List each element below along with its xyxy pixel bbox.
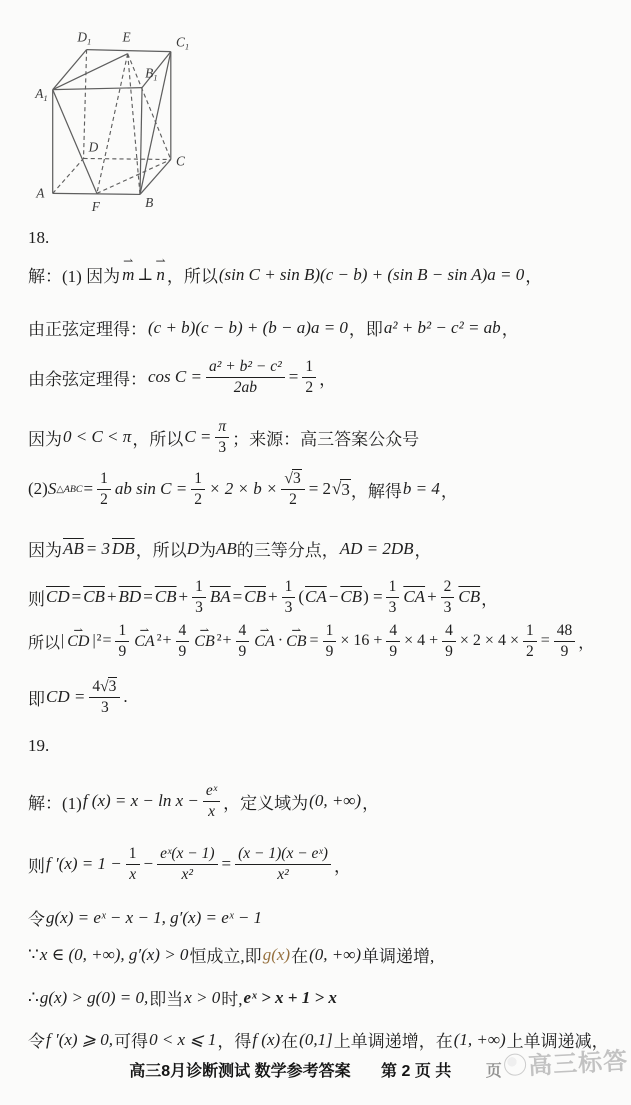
math-expression: x ∈ (0, +∞), g′(x) > 0 [40, 945, 189, 965]
fraction: (x − 1)(x − eˣ) x² [235, 845, 331, 884]
equals-sign: = [541, 632, 550, 650]
text: ，得 [217, 1027, 251, 1052]
numerator: 4 [236, 622, 250, 642]
equals-sign: = [310, 632, 319, 650]
squared-exponent: ² [157, 632, 162, 650]
segment-AB-bar: AB [63, 539, 84, 559]
denominator: 2 [302, 378, 316, 397]
text: 因为 [28, 425, 62, 450]
math-expression: = 3 [86, 539, 110, 559]
denominator: 3 [192, 598, 206, 617]
equals-sign: = [84, 479, 94, 499]
math-expression: g(x) > g(0) = 0, [40, 988, 148, 1008]
q19-step-5: ∴ g(x) > g(0) = 0, 即当 x > 0 时, eˣ > x + … [28, 985, 338, 1010]
text: 上单调递增，在 [334, 1027, 453, 1052]
numerator: √3 [281, 470, 304, 490]
text: (2) [28, 479, 48, 499]
fraction: 4 9 [386, 622, 400, 661]
fraction: 2 3 [441, 578, 455, 617]
numerator: 4√3 [89, 678, 120, 698]
numerator: 4 [442, 622, 456, 642]
operator: − [329, 587, 339, 607]
exam-answer-page: A1 B1 C1 D1 A B C D E F 18. 解：(1) 因为 m ⊥… [0, 0, 631, 1105]
text: 则 [28, 852, 45, 877]
question-number-text: 18. [28, 228, 49, 248]
text: ；来源：高三答案公众号 [232, 425, 419, 450]
text: ，即 [349, 315, 383, 340]
math-expression: x > 0 [184, 988, 220, 1008]
watermark: 高三标答 [503, 1041, 629, 1082]
operator: + [223, 632, 232, 650]
numerator: 1 [386, 578, 400, 598]
watermark-text: 高三标答 [527, 1041, 629, 1081]
text: 即 [28, 685, 45, 710]
vertex-label-A: A [35, 186, 45, 201]
vertex-label-F: F [91, 199, 101, 214]
math-expression: × 16 + [340, 632, 382, 650]
text: ，所以 [167, 262, 218, 287]
perpendicular-symbol: ⊥ [137, 265, 153, 285]
text: 由余弦定理得： [28, 365, 147, 390]
squared-exponent: ² [97, 632, 102, 650]
vector-n: n [154, 264, 167, 285]
fraction: 1 2 [97, 470, 111, 509]
radicand: 3 [292, 469, 302, 487]
text: 解：(1) 因为 [28, 262, 120, 287]
vertex-label-B1: B1 [145, 65, 158, 82]
text: ， [502, 315, 519, 340]
operator: + [162, 632, 171, 650]
denominator: 9 [323, 642, 337, 661]
text: 单调递增, [362, 942, 434, 967]
fraction: a² + b² − c² 2ab [206, 358, 285, 397]
triangle-subscript: △ABC [56, 484, 82, 495]
math-expression: g(x) = eˣ − x − 1, g′(x) = eˣ − 1 [46, 908, 262, 928]
vector-CD-bar: CD [46, 587, 70, 607]
text: 在 [291, 942, 308, 967]
q18-step-3: 由余弦定理得： cos C = a² + b² − c² 2ab = 1 2 ， [28, 358, 336, 397]
area-symbol: S [48, 479, 57, 499]
denominator: x² [274, 865, 292, 884]
denominator: 9 [115, 642, 129, 661]
text: 时, [221, 985, 242, 1010]
text: ， [578, 630, 594, 653]
fraction: 4 9 [176, 622, 190, 661]
numerator: 48 [554, 622, 576, 642]
q18-step-2: 由正弦定理得： (c + b)(c − b) + (b − a)a = 0 ，即… [28, 315, 519, 340]
text: ，所以 [136, 536, 187, 561]
math-expression: × 2 × b × [209, 479, 277, 499]
operator: + [268, 587, 278, 607]
vector-CA: CA [132, 632, 156, 651]
segment-AB: AB [216, 539, 237, 559]
fraction: 4 9 [236, 622, 250, 661]
denominator: x [205, 802, 218, 821]
numerator: 1 [282, 578, 296, 598]
operator: + [107, 587, 117, 607]
text: ，所以 [132, 425, 183, 450]
fraction: 1 3 [386, 578, 400, 617]
text: ， [481, 585, 498, 610]
math-expression: (0, +∞) [309, 945, 361, 965]
math-expression: 0 < C < π [63, 427, 131, 447]
denominator: x [126, 865, 139, 884]
numerator: 2 [441, 578, 455, 598]
denominator: 9 [386, 642, 400, 661]
math-expression: f ′(x) ⩾ 0, [46, 1030, 113, 1050]
fraction: eˣ x [203, 782, 220, 821]
dot-operator: · [278, 632, 283, 650]
text: 恒成立,即 [189, 942, 261, 967]
equals-sign: = [102, 632, 111, 650]
text: 为 [199, 536, 216, 561]
denominator: 9 [236, 642, 250, 661]
fraction: 1 2 [302, 358, 316, 397]
text: 因为 [28, 536, 62, 561]
math-expression: eˣ > x + 1 > x [244, 988, 337, 1008]
text: ， [441, 477, 458, 502]
math-expression: AD = 2DB [340, 539, 414, 559]
numerator: 1 [191, 470, 205, 490]
operator: = [72, 587, 82, 607]
equals-sign: = [289, 367, 299, 387]
vector-BD-bar: BD [119, 587, 142, 607]
denominator: 3 [98, 698, 112, 717]
vertex-label-D: D [88, 139, 99, 154]
q18-step-4: 因为 0 < C < π ，所以 C = π 3 ；来源：高三答案公众号 [28, 418, 419, 457]
vector-CA: CA [252, 632, 276, 651]
therefore-symbol: ∴ [28, 988, 39, 1008]
operator: + [427, 587, 437, 607]
fraction: 1 3 [192, 578, 206, 617]
fraction: 1 2 [191, 470, 205, 509]
q18-step-1: 解：(1) 因为 m ⊥ n ，所以 (sin C + sin B)(c − b… [28, 262, 542, 287]
q19-step-3: 令 g(x) = eˣ − x − 1, g′(x) = eˣ − 1 [28, 905, 263, 930]
math-expression: ab sin C = [115, 479, 187, 499]
fraction: 1 3 [282, 578, 296, 617]
text: ， [362, 789, 379, 814]
text: 所以 [28, 630, 60, 653]
vector-CB-bar: CB [458, 587, 480, 607]
numerator: π [215, 418, 229, 438]
denominator: 3 [215, 438, 229, 457]
math-expression: cos C = [148, 367, 202, 387]
text: ， [319, 365, 336, 390]
denominator: 3 [386, 598, 400, 617]
question-number-text: 19. [28, 736, 49, 756]
fraction: eˣ(x − 1) x² [157, 845, 217, 884]
math-expression: (1, +∞) [454, 1030, 506, 1050]
math-expression: (sin C + sin B)(c − b) + (sin B − sin A)… [219, 265, 524, 285]
math-expression: f ′(x) = 1 − [46, 854, 122, 874]
math-expression: f (x) = x − ln x − [83, 791, 199, 811]
numerator: 1 [302, 358, 316, 378]
segment-DB-bar: DB [112, 539, 135, 559]
footer-page-indicator: 第 2 页 共 [381, 1063, 451, 1080]
radicand: 3 [340, 479, 351, 500]
fraction: 48 9 [554, 622, 576, 661]
text: 则 [28, 585, 45, 610]
vector-CB-bar: CB [155, 587, 177, 607]
q18-step-6: 因为 AB = 3 DB ，所以 D 为 AB 的三等分点， AD = 2DB … [28, 536, 432, 561]
q19-step-2: 则 f ′(x) = 1 − 1 x − eˣ(x − 1) x² = (x −… [28, 845, 351, 884]
math-expression: f (x) [252, 1030, 280, 1050]
denominator: 9 [442, 642, 456, 661]
math-expression: b = 4 [403, 479, 440, 499]
fraction: 1 9 [323, 622, 337, 661]
text: ， [334, 852, 351, 877]
q18-step-5: (2) S△ABC = 1 2 ab sin C = 1 2 × 2 × b ×… [28, 470, 458, 509]
fraction: 1 2 [523, 622, 537, 661]
q18-step-9: 即 CD = 4√3 3 . [28, 678, 128, 717]
text: 令 [28, 1027, 45, 1052]
numerator: 1 [126, 845, 140, 865]
squared-exponent: ² [217, 632, 222, 650]
numerator: 1 [97, 470, 111, 490]
footer-title: 高三8月诊断测试 数学参考答案 [129, 1063, 350, 1080]
period: . [123, 687, 127, 707]
math-expression: (0,1] [299, 1030, 333, 1050]
q18-step-7: 则 CD = CB + BD = CB + 1 3 BA = CB + 1 3 … [28, 578, 498, 617]
fraction-4sqrt3-over-3: 4√3 3 [89, 678, 120, 717]
operator: + [179, 587, 189, 607]
numerator: eˣ(x − 1) [157, 845, 217, 865]
numerator: 1 [192, 578, 206, 598]
denominator: 2 [97, 490, 111, 509]
vertex-label-C: C [176, 154, 186, 169]
text: ， [415, 536, 432, 561]
text: ，解得 [351, 477, 402, 502]
vector-CB-bar: CB [340, 587, 362, 607]
numerator: eˣ [203, 782, 220, 802]
vector-BA-bar: BA [210, 587, 231, 607]
text: ， [525, 262, 542, 287]
q19-step-1: 解：(1) f (x) = x − ln x − eˣ x ，定义域为 (0, … [28, 782, 379, 821]
fraction: 1 x [126, 845, 140, 884]
fraction: π 3 [215, 418, 229, 457]
vector-CB-bar: CB [83, 587, 105, 607]
footer-page-tail: 页 [486, 1063, 502, 1080]
vector-m: m [120, 264, 136, 285]
denominator: 9 [558, 642, 572, 661]
vertex-label-A1: A1 [34, 86, 48, 103]
coefficient: 4 [92, 678, 100, 695]
cube-figure: A1 B1 C1 D1 A B C D E F [30, 26, 250, 216]
close-paren: ) = [363, 587, 383, 607]
radicand: 3 [108, 677, 118, 695]
operator: = [143, 587, 153, 607]
open-paren: ( [298, 587, 304, 607]
math-expression: = 2 [309, 479, 331, 499]
numerator: 4 [176, 622, 190, 642]
denominator: 3 [282, 598, 296, 617]
text: 令 [28, 905, 45, 930]
fraction-sqrt3-over-2: √3 2 [281, 470, 304, 509]
denominator: 2 [191, 490, 205, 509]
text: 即当 [149, 985, 183, 1010]
text: 由正弦定理得： [28, 315, 147, 340]
equals-sign: = [222, 854, 232, 874]
vector-CA-bar: CA [403, 587, 425, 607]
point-D: D [187, 539, 199, 559]
numerator: 4 [386, 622, 400, 642]
math-expression: (c + b)(c − b) + (b − a)a = 0 [148, 318, 348, 338]
watermark-logo-icon [504, 1053, 527, 1076]
numerator: 1 [115, 622, 129, 642]
numerator: 1 [323, 622, 337, 642]
denominator: x² [179, 865, 197, 884]
math-expression: C = [184, 427, 211, 447]
vector-CB: CB [192, 632, 216, 651]
denominator: 9 [176, 642, 190, 661]
g-of-x-highlighted: g(x) [263, 945, 290, 965]
vertex-label-B: B [145, 195, 153, 210]
math-expression: × 4 + [404, 632, 438, 650]
math-expression: 0 < x ⩽ 1 [149, 1030, 216, 1050]
q18-step-8: 所以 | CD | ² = 1 9 CA ² + 4 9 CB ² + 4 9 … [28, 622, 594, 661]
denominator: 2 [523, 642, 537, 661]
denominator: 2 [286, 490, 300, 509]
text: ，定义域为 [223, 789, 308, 814]
operator: − [144, 854, 154, 874]
denominator: 2ab [231, 378, 260, 397]
vector-CD: CD [65, 632, 91, 651]
because-symbol: ∵ [28, 945, 39, 965]
operator: = [233, 587, 243, 607]
text: 可得 [114, 1027, 148, 1052]
text: 解：(1) [28, 789, 82, 814]
math-expression: CD = [46, 687, 85, 707]
vector-CB-bar: CB [244, 587, 266, 607]
numerator: 1 [523, 622, 537, 642]
text: 的三等分点， [237, 536, 339, 561]
vertex-label-D1: D1 [76, 29, 91, 46]
vector-CA-bar: CA [305, 587, 327, 607]
fraction: 4 9 [442, 622, 456, 661]
vector-CB: CB [284, 632, 308, 651]
question-19-number: 19. [28, 736, 49, 756]
numerator: (x − 1)(x − eˣ) [235, 845, 331, 865]
numerator: a² + b² − c² [206, 358, 285, 378]
fraction: 1 9 [115, 622, 129, 661]
text: 在 [281, 1027, 298, 1052]
math-expression: (0, +∞) [309, 791, 361, 811]
vertex-label-C1: C1 [176, 35, 189, 52]
math-expression: a² + b² − c² = ab [384, 318, 501, 338]
denominator: 3 [441, 598, 455, 617]
q19-step-4: ∵ x ∈ (0, +∞), g′(x) > 0 恒成立,即 g(x) 在 (0… [28, 942, 434, 967]
vertex-label-E: E [122, 29, 131, 44]
question-18-number: 18. [28, 228, 49, 248]
math-expression: × 2 × 4 × [460, 632, 519, 650]
